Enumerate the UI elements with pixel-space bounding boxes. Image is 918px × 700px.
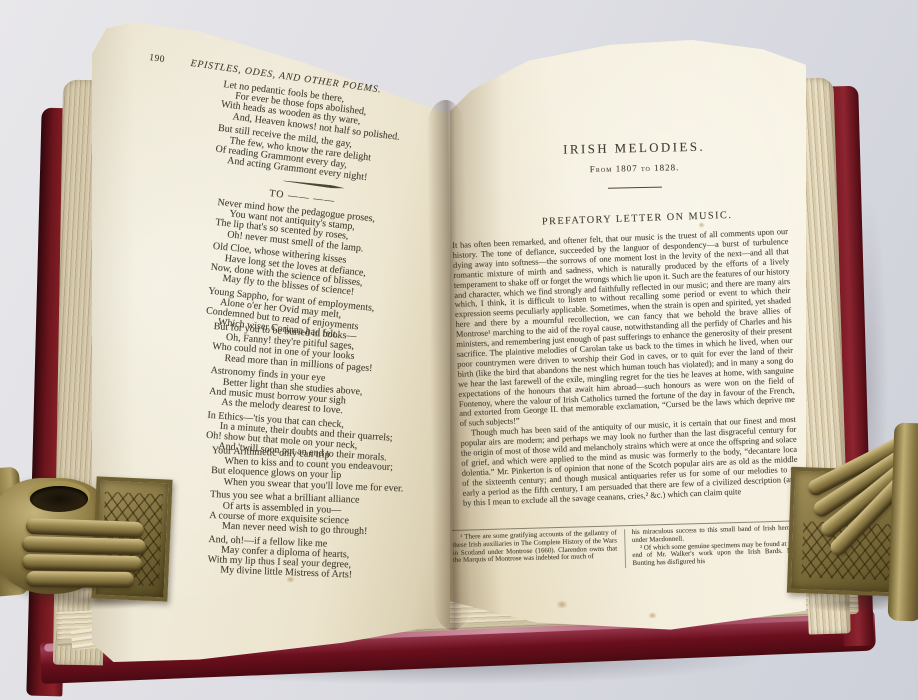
footnote-column-2: his miraculous success to this small ban… [624, 524, 798, 568]
body-text: It has often been remarked, and oftener … [452, 227, 799, 508]
brass-finger [26, 571, 134, 588]
foxing-spot [648, 612, 657, 619]
brass-hand-page-holder-left [0, 462, 178, 606]
brass-hand-page-holder-right [775, 425, 918, 617]
brass-finger [22, 554, 142, 572]
photograph-open-antique-book: 190 EPISTLES, ODES, AND OTHER POEMS. Let… [0, 0, 918, 700]
poem-to-stanzas-7-9: Your Arithmetic only can tripWhen to kis… [207, 446, 457, 588]
chapter-title-block: IRISH MELODIES. From 1807 to 1828. [498, 138, 771, 191]
footnote-column-1: ¹ There are some gratifying accounts of … [452, 529, 618, 573]
brass-finger [22, 536, 146, 555]
foxing-spot [698, 222, 705, 228]
foxing-spot [286, 576, 295, 583]
brass-thumb-opening [30, 486, 88, 512]
foxing-spot [556, 600, 568, 609]
chapter-date-range: From 1807 to 1828. [498, 160, 770, 176]
gutter-shadow [426, 100, 471, 630]
page-number: 190 [148, 53, 165, 65]
